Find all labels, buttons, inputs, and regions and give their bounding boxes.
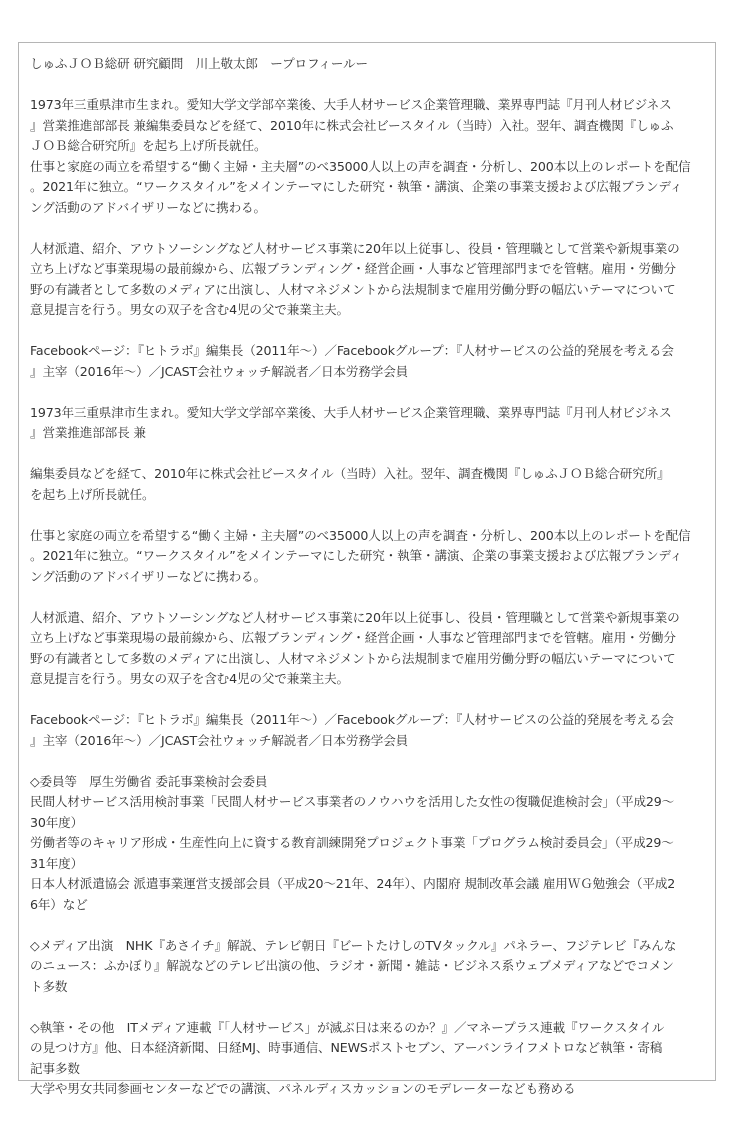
spacer <box>30 382 705 403</box>
paragraph-media: ◇メディア出演 NHK『あさイチ』解説、テレビ朝日『ビートたけしのTVタックル』… <box>30 936 705 998</box>
spacer <box>30 751 705 772</box>
paragraph-survey: 仕事と家庭の両立を希望する“働く主婦・主夫層”のべ35000人以上の声を調査・分… <box>30 526 705 588</box>
spacer <box>30 75 705 96</box>
paragraph-bio-2b: 編集委員などを経て、2010年に株式会社ビースタイル（当時）入社。翌年、調査機関… <box>30 464 705 505</box>
spacer <box>30 444 705 465</box>
paragraph-career-1: 人材派遣、紹介、アウトソーシングなど人材サービス事業に20年以上従事し、役員・管… <box>30 239 705 321</box>
paragraph-writing: ◇執筆・その他 ITメディア連載『「人材サービス」が滅ぶ日は来るのか？』／マネー… <box>30 1018 705 1100</box>
paragraph-bio-2a: 1973年三重県津市生まれ。愛知大学文学部卒業後、大手人材サービス企業管理職、業… <box>30 403 705 444</box>
paragraph-facebook-1: Facebookページ：『ヒトラボ』編集長（2011年～）／Facebookグル… <box>30 341 705 382</box>
spacer <box>30 690 705 711</box>
paragraph-committees: ◇委員等 厚生労働省 委託事業検討会委員 民間人材サービス活用検討事業「民間人材… <box>30 772 705 916</box>
paragraph-bio-1: 1973年三重県津市生まれ。愛知大学文学部卒業後、大手人材サービス企業管理職、業… <box>30 95 705 218</box>
paragraph-facebook-2: Facebookページ：『ヒトラボ』編集長（2011年～）／Facebookグル… <box>30 710 705 751</box>
spacer <box>30 505 705 526</box>
profile-title: しゅふＪＯＢ総研 研究顧問 川上敬太郎 ープロフィールー <box>30 54 705 75</box>
spacer <box>30 321 705 342</box>
spacer <box>30 915 705 936</box>
paragraph-career-2: 人材派遣、紹介、アウトソーシングなど人材サービス事業に20年以上従事し、役員・管… <box>30 608 705 690</box>
spacer <box>30 997 705 1018</box>
profile-box: しゅふＪＯＢ総研 研究顧問 川上敬太郎 ープロフィールー 1973年三重県津市生… <box>18 42 716 1081</box>
spacer <box>30 587 705 608</box>
spacer <box>30 218 705 239</box>
